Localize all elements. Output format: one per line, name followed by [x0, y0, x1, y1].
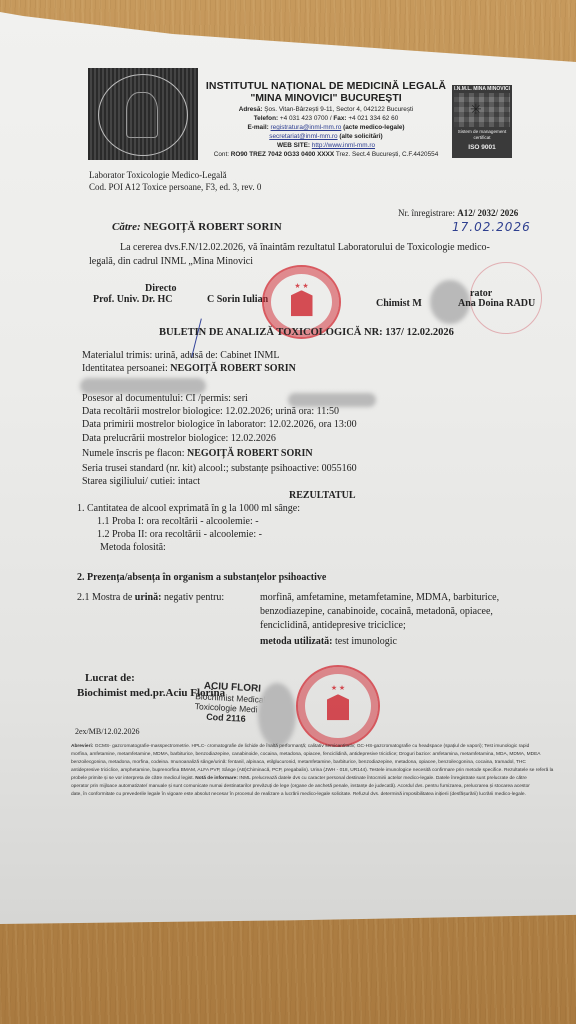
- method-used-line: metoda utilizată: test imunologic: [260, 636, 397, 647]
- copies-reference: 2ex/MB/12.02.2026: [75, 727, 139, 736]
- collection-date-line: Data recoltării mostrelor biologice: 12.…: [82, 406, 339, 417]
- lab-code: Cod. POI A12 Toxice persoane, F3, ed. 3,…: [89, 182, 261, 192]
- intro-line1: La cererea dvs.F.N/12.02.2026, vă înaint…: [120, 242, 490, 253]
- footnote-line-5: probele primite și se vor interpreta de …: [71, 775, 576, 783]
- identity-line: Identitatea persoanei: NEGOIȚĂ ROBERT SO…: [82, 363, 296, 374]
- footnote-line-7: date, în conformitate cu prevederile leg…: [71, 791, 576, 799]
- material-line: Materialul trimis: urină, adusă de: Cabi…: [82, 350, 279, 361]
- footnote-line-2: morfina, amfetamine, metamfetamine, MDMA…: [71, 751, 576, 759]
- email-secretariat-link[interactable]: secretariat@inml-mm.ro: [269, 133, 337, 140]
- institute-name-line1: INSTITUTUL NAȚIONAL DE MEDICINĂ LEGALĂ: [196, 80, 456, 92]
- registration-number: Nr. înregistrare: A12/ 2032/ 2026: [398, 208, 518, 218]
- alcohol-heading: 1. Cantitatea de alcool exprimată în g l…: [77, 503, 300, 514]
- address: Șos. Vitan-Bârzești 9-11, Sector 4, 0421…: [264, 106, 413, 113]
- footnote-line-3: benzoilecgonina, metadona, morfina, code…: [71, 759, 576, 767]
- redaction-blur-icon: [288, 393, 376, 407]
- alcohol-sample-2: 1.2 Proba II: ora recoltării - alcoolemi…: [97, 529, 262, 540]
- seal-state-line: Starea sigiliului/ cutiei: intact: [82, 476, 200, 487]
- director-title: Directo: [145, 283, 176, 294]
- director-name: Prof. Univ. Dr. HC: [93, 294, 172, 305]
- worked-by-label: Lucrat de:: [85, 672, 135, 684]
- psychoactive-heading: 2. Prezența/absența în organism a substa…: [77, 572, 326, 583]
- kit-series-line: Seria trusei standard (nr. kit) alcool:;…: [82, 463, 357, 474]
- redaction-blur-icon: [258, 683, 296, 747]
- vial-name-line: Numele înscris pe flacon: NEGOIȚĂ ROBERT…: [82, 448, 313, 459]
- processed-date-line: Data prelucrării mostrelor biologice: 12…: [82, 433, 276, 444]
- recipient-name: NEGOIȚĂ ROBERT SORIN: [143, 221, 281, 233]
- redaction-blur-icon: [80, 378, 206, 394]
- fax: +4 021 334 62 60: [348, 115, 398, 122]
- alcohol-method: Metoda folosită:: [100, 542, 166, 553]
- institution-header: INSTITUTUL NAȚIONAL DE MEDICINĂ LEGALĂ "…: [196, 80, 456, 159]
- handwritten-date: 17.02.2026: [452, 220, 531, 234]
- ministry-red-stamp-icon: ★ ★: [296, 665, 380, 747]
- document-line: Posesor al documentului: CI /permis: ser…: [82, 393, 248, 404]
- institute-name-line2: "MINA MINOVICI" BUCUREȘTI: [196, 92, 456, 104]
- bank-account: RO90 TREZ 7042 0G33 0400 XXXX: [231, 151, 334, 158]
- urine-sample-line: 2.1 Mostra de urină: negativ pentru:: [77, 592, 224, 603]
- iso-certification-badge: I.N.M.L. MINA MINOVICI ✳ Sistem de manag…: [452, 85, 512, 158]
- substances-line-1: morfină, amfetamine, metamfetamine, MDMA…: [260, 592, 499, 603]
- footnote-line-1: Abrevieri: GCMS- gazcromatografie-masspe…: [71, 743, 576, 751]
- alcohol-sample-1: 1.1 Proba I: ora recoltării - alcoolemie…: [97, 516, 259, 527]
- substances-line-3: fenciclidină, antidepresive triciclice;: [260, 620, 406, 631]
- biochemist-stamp: ACIU FLORI Biochimist Medical Toxicologi…: [194, 680, 266, 725]
- recipient: Către: NEGOIȚĂ ROBERT SORIN: [112, 221, 282, 233]
- footnote-line-6: operator prin mijloace automatizate/ man…: [71, 783, 576, 791]
- cert-ind-icon: ✳: [454, 93, 510, 127]
- director-name-rest: C Sorin Iulian: [207, 294, 268, 305]
- website-link[interactable]: http://www.inml-mm.ro: [312, 142, 375, 149]
- coordinator-name: Chimist M: [376, 298, 422, 309]
- coordinator-name-rest: Ana Doina RADU: [458, 298, 535, 309]
- result-heading: REZULTATUL: [289, 490, 356, 501]
- lab-name: Laborator Toxicologie Medico-Legală: [89, 170, 227, 180]
- institution-seal-icon: [88, 68, 198, 160]
- substances-line-2: benzodiazepine, canabinoide, cocaină, me…: [260, 606, 493, 617]
- bulletin-title: BULETIN DE ANALIZĂ TOXICOLOGICĂ NR: 137/…: [159, 327, 454, 338]
- intro-line2: legală, din cadrul INML „Mina Minovici: [89, 256, 253, 267]
- email-registratura-link[interactable]: registratura@inml-mm.ro: [271, 124, 342, 131]
- footnote-line-4: antidepresive triciclice, amphetamine, b…: [71, 767, 576, 775]
- phone: +4 031 423 0700: [280, 115, 328, 122]
- received-date-line: Data primirii mostrelor biologice în lab…: [82, 419, 357, 430]
